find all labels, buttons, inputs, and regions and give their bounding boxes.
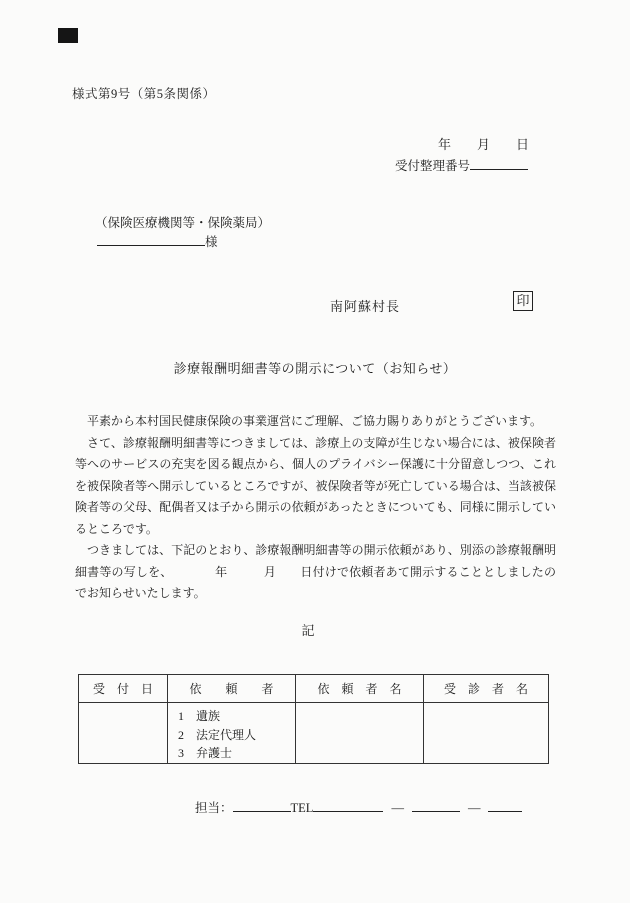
scan-corner-mark (58, 28, 78, 43)
receipt-number-label: 受付整理番号 (395, 159, 470, 173)
requester-option-1: 1 遺族 (178, 707, 295, 726)
sender-title: 南阿蘇村長 (330, 296, 400, 315)
tel-blank-2 (412, 799, 460, 812)
cell-reception-date (79, 703, 168, 764)
date-line: 年 月 日 (438, 134, 529, 153)
body-paragraph-2: さて、診療報酬明細書等につきましては、診療上の支障が生じない場合には、被保険者等… (75, 433, 556, 541)
tel-blank-1 (313, 799, 383, 812)
table-header-row: 受 付 日 依 頼 者 依 頼 者 名 受 診 者 名 (79, 675, 549, 703)
tel-dash-2: ― (460, 801, 489, 816)
addressee-parenthetical: （保険医療機関等・保険薬局） (95, 213, 270, 231)
body-text: 平素から本村国民健康保険の事業運営にご理解、ご協力賜りありがとうございます。 さ… (75, 411, 556, 605)
document-page: { "page": { "form_number": "様式第9号（第5条関係）… (0, 0, 630, 903)
request-table: 受 付 日 依 頼 者 依 頼 者 名 受 診 者 名 1 遺族 2 法定代理人… (78, 674, 549, 764)
requester-option-2: 2 法定代理人 (178, 726, 295, 745)
cell-requester-options: 1 遺族 2 法定代理人 3 弁護士 (168, 703, 296, 764)
addressee-name-blank (97, 232, 205, 246)
requester-option-3: 3 弁護士 (178, 744, 295, 763)
contact-footer: 担当：TEL―― (195, 798, 522, 816)
tel-dash-1: ― (383, 801, 412, 816)
receipt-number-blank (470, 156, 528, 170)
seal-placeholder: 印 (513, 291, 533, 311)
document-title: 診療報酬明細書等の開示について（お知らせ） (0, 358, 630, 377)
body-paragraph-1: 平素から本村国民健康保険の事業運営にご理解、ご協力賜りありがとうございます。 (75, 411, 556, 433)
header-requester: 依 頼 者 (168, 675, 296, 703)
tel-blank-3 (488, 799, 522, 812)
tel-label: TEL (291, 801, 314, 815)
form-number: 様式第9号（第5条関係） (72, 84, 216, 102)
addressee-line: 様 (97, 232, 218, 250)
cell-requester-name (296, 703, 424, 764)
header-requester-name: 依 頼 者 名 (296, 675, 424, 703)
header-patient-name: 受 診 者 名 (424, 675, 549, 703)
addressee-honorific: 様 (205, 235, 218, 249)
contact-label: 担当： (195, 801, 233, 815)
receipt-number-line: 受付整理番号 (395, 156, 528, 174)
contact-name-blank (233, 799, 291, 812)
cell-patient-name (424, 703, 549, 764)
table-row: 1 遺族 2 法定代理人 3 弁護士 (79, 703, 549, 764)
header-reception-date: 受 付 日 (79, 675, 168, 703)
notation-ki: 記 (0, 620, 616, 639)
body-paragraph-3: つきましては、下記のとおり、診療報酬明細書等の開示依頼があり、別添の診療報酬明細… (75, 540, 556, 605)
